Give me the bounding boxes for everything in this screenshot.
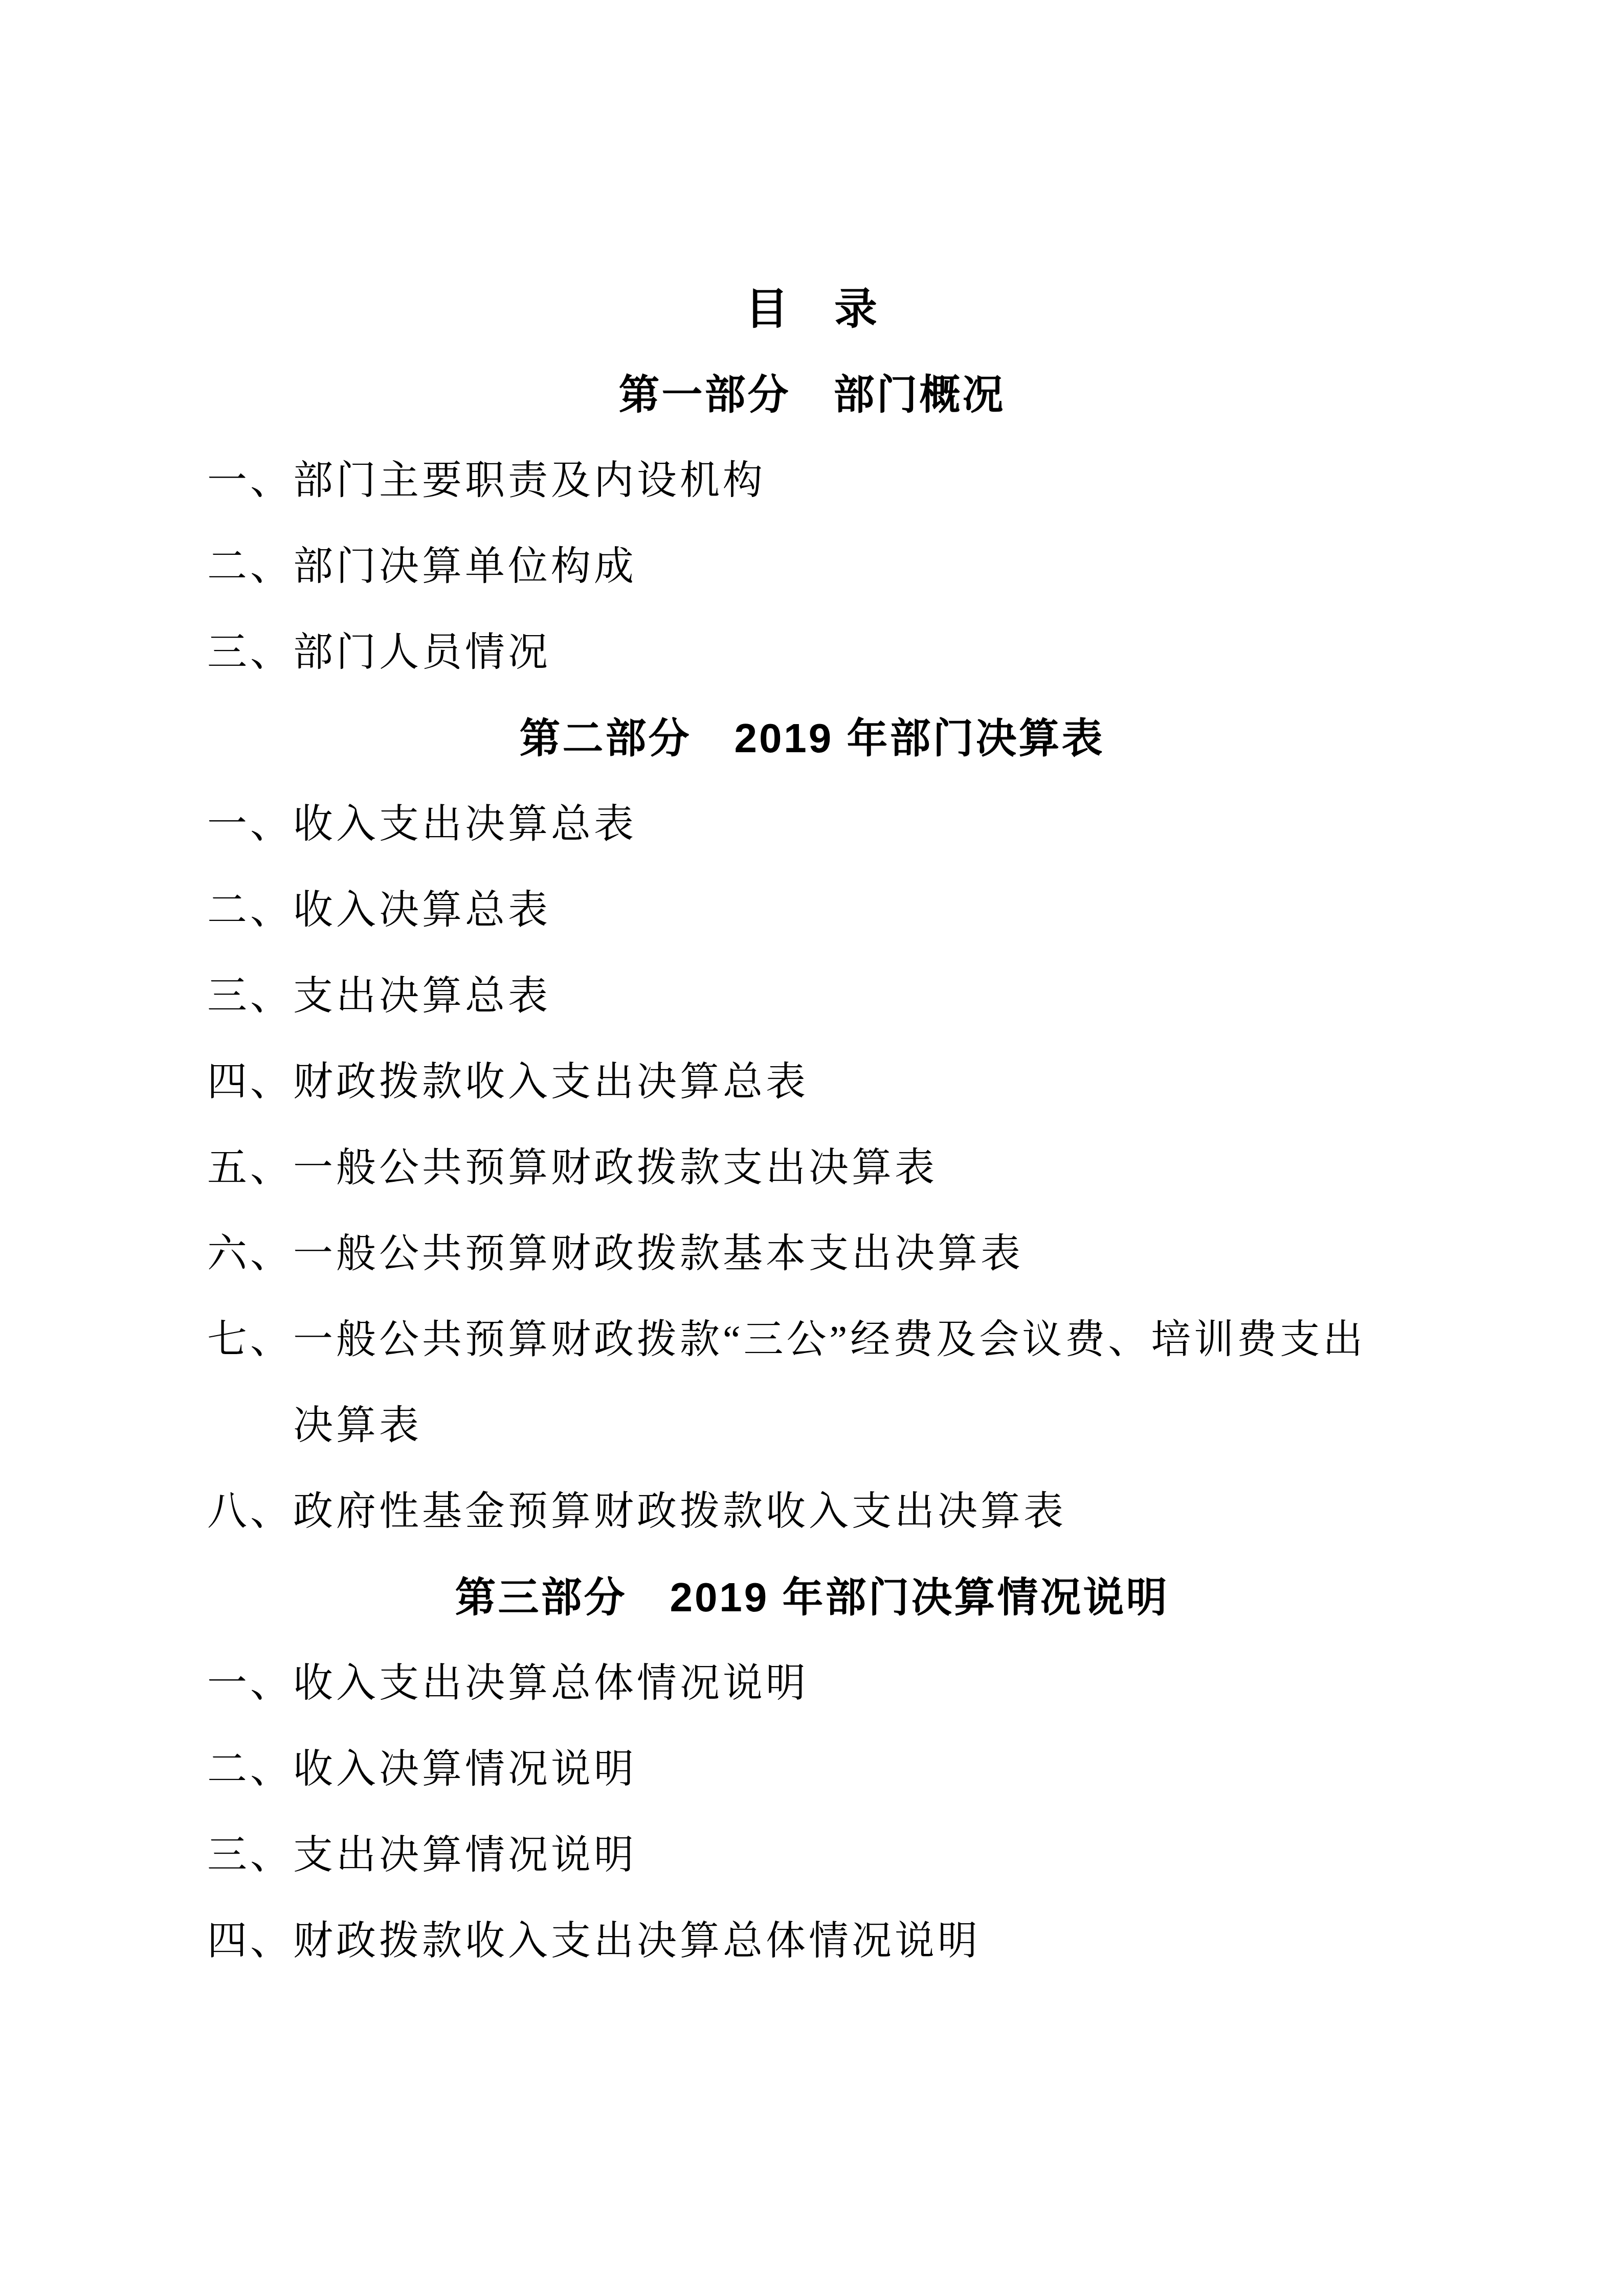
- toc-entry-part3-1: 一、收入支出决算总体情况说明: [207, 1640, 1417, 1726]
- toc-entry-part2-3: 三、支出决算总表: [207, 953, 1417, 1039]
- toc-title: 目 录: [207, 266, 1417, 352]
- toc-entry-part2-5: 五、一般公共预算财政拨款支出决算表: [207, 1125, 1417, 1211]
- toc-entry-part1-1: 一、部门主要职责及内设机构: [207, 438, 1417, 524]
- toc-entry-part3-2: 二、收入决算情况说明: [207, 1726, 1417, 1812]
- toc-entry-part2-8: 八、政府性基金预算财政拨款收入支出决算表: [207, 1469, 1417, 1555]
- toc-entry-part2-7-line1: 七、一般公共预算财政拨款“三公”经费及会议费、培训费支出: [207, 1297, 1417, 1383]
- toc-entry-part3-3: 三、支出决算情况说明: [207, 1812, 1417, 1898]
- toc-entry-part1-3: 三、部门人员情况: [207, 610, 1417, 695]
- toc-entry-part3-4: 四、财政拨款收入支出决算总体情况说明: [207, 1898, 1417, 1984]
- section-part2-heading: 第二部分 2019 年部门决算表: [207, 695, 1417, 781]
- toc-entry-part2-1: 一、收入支出决算总表: [207, 781, 1417, 867]
- toc-entry-part2-4: 四、财政拨款收入支出决算总表: [207, 1039, 1417, 1125]
- toc-entry-part2-2: 二、收入决算总表: [207, 867, 1417, 953]
- toc-section-part2: 第二部分 2019 年部门决算表 一、收入支出决算总表 二、收入决算总表 三、支…: [207, 695, 1417, 1555]
- toc-section-part3: 第三部分 2019 年部门决算情况说明 一、收入支出决算总体情况说明 二、收入决…: [207, 1555, 1417, 1984]
- toc-entry-part2-7-line2: 决算表: [207, 1383, 1417, 1469]
- document-page: 目 录 第一部分 部门概况 一、部门主要职责及内设机构 二、部门决算单位构成 三…: [0, 0, 1624, 2296]
- section-part3-heading: 第三部分 2019 年部门决算情况说明: [207, 1555, 1417, 1640]
- toc-section-part1: 第一部分 部门概况 一、部门主要职责及内设机构 二、部门决算单位构成 三、部门人…: [207, 352, 1417, 695]
- section-part1-heading: 第一部分 部门概况: [207, 352, 1417, 438]
- toc-entry-part1-2: 二、部门决算单位构成: [207, 524, 1417, 610]
- toc-entry-part2-6: 六、一般公共预算财政拨款基本支出决算表: [207, 1211, 1417, 1297]
